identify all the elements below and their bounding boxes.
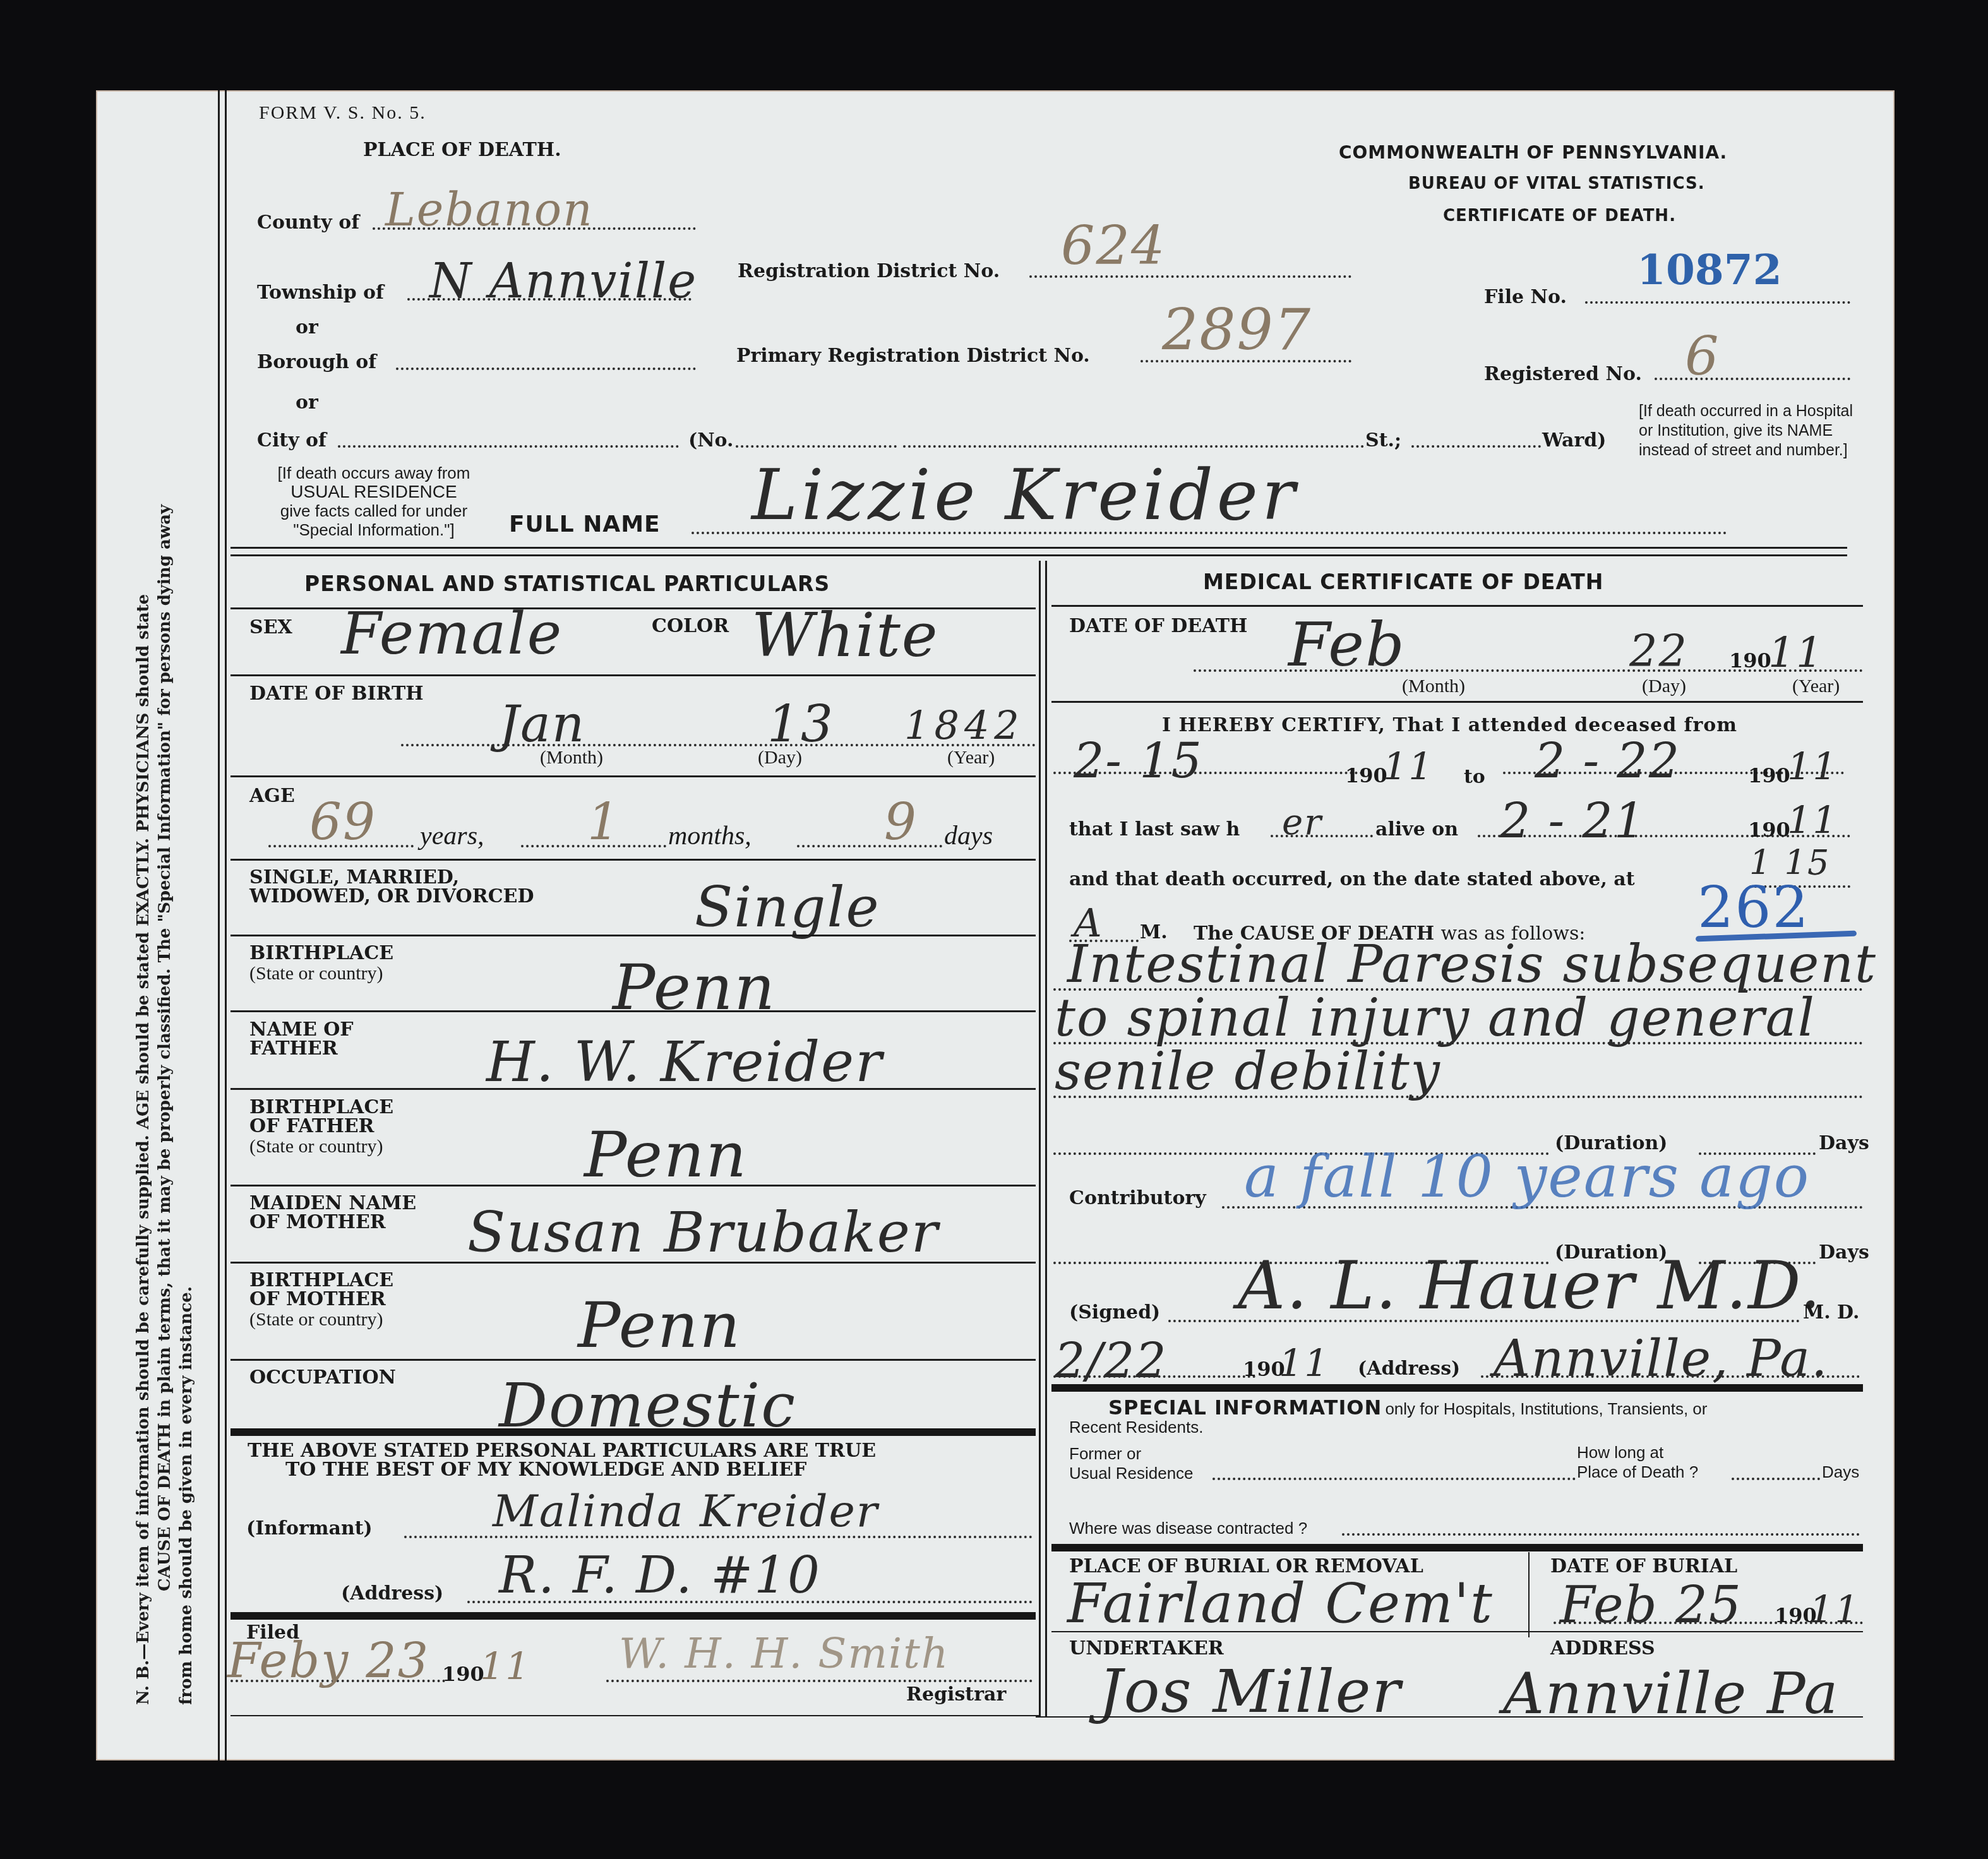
place-of-death-heading: PLACE OF DEATH. <box>363 140 561 160</box>
months-label: months, <box>668 821 751 851</box>
filed-year-prefix: 190 <box>442 1664 484 1684</box>
rule <box>231 1185 1036 1187</box>
last-saw-date-field[interactable]: 2 - 21 <box>1500 792 1646 849</box>
rule <box>231 674 1036 676</box>
age-months-field[interactable]: 1 <box>587 792 621 851</box>
city-field[interactable] <box>338 445 679 448</box>
attended-to-field[interactable]: 2 - 22 <box>1535 732 1680 789</box>
mother-name-field[interactable]: Susan Brubaker <box>467 1200 939 1265</box>
cause-of-death-line-3[interactable]: senile debility <box>1055 1042 1441 1102</box>
margin-instructions: N. B.—Every item of information should b… <box>133 126 197 1705</box>
father-birthplace-sublabel: (State or country) <box>249 1137 383 1157</box>
to-label: to <box>1464 767 1485 787</box>
mother-birthplace-sublabel: (State or country) <box>249 1310 383 1330</box>
usual-residence-note: [If death occurs away from USUAL RESIDEN… <box>254 463 494 539</box>
signed-year-suffix[interactable]: 11 <box>1279 1342 1329 1386</box>
father-name-field[interactable]: H. W. Kreider <box>486 1029 883 1094</box>
borough-label: Borough of <box>257 352 376 373</box>
registered-no-field[interactable]: 6 <box>1685 325 1720 387</box>
ward-label: Ward) <box>1542 431 1607 451</box>
full-name-label: FULL NAME <box>509 511 661 537</box>
special-information-heading: SPECIAL INFORMATION only for Hospitals, … <box>1108 1396 1708 1420</box>
hospital-instruction-note: [If death occurred in a Hospital or Inst… <box>1639 402 1853 460</box>
registered-no-label: Registered No. <box>1484 364 1642 385</box>
last-saw-year-suffix[interactable]: 11 <box>1787 799 1838 843</box>
contributory-label: Contributory <box>1069 1188 1206 1209</box>
year-caption: (Year) <box>947 747 995 768</box>
father-name-label-2: FATHER <box>249 1039 338 1059</box>
age-years-field[interactable]: 69 <box>309 792 376 851</box>
registrar-signature[interactable]: W. H. H. Smith <box>619 1629 949 1678</box>
thick-rule <box>231 1612 1036 1620</box>
sex-field[interactable]: Female <box>341 600 563 667</box>
marital-status-field[interactable]: Single <box>695 875 880 940</box>
cause-of-death-line-1[interactable]: Intestinal Paresis subsequent <box>1067 935 1877 995</box>
undertaker-label: UNDERTAKER <box>1069 1639 1224 1659</box>
physician-signature[interactable]: A. L. Hauer M.D. <box>1238 1247 1822 1324</box>
city-label: City of <box>257 431 326 451</box>
rule <box>231 859 1036 861</box>
day-caption: (Day) <box>758 747 802 768</box>
usual-residence-note-2: USUAL RESIDENCE <box>254 482 494 501</box>
rule <box>1051 605 1863 607</box>
margin-rule-inner <box>225 90 227 1760</box>
birthplace-field[interactable]: Penn <box>613 950 776 1024</box>
township-label: Township of <box>257 283 384 303</box>
registered-no-line <box>1655 378 1850 380</box>
dob-month-field[interactable]: Jan <box>499 695 585 753</box>
sex-label: SEX <box>249 618 292 638</box>
former-residence-label-2: Usual Residence <box>1069 1464 1194 1483</box>
color-field[interactable]: White <box>751 600 939 671</box>
mother-name-label-2: OF MOTHER <box>249 1212 386 1233</box>
rule <box>231 1715 1039 1716</box>
ward-field[interactable] <box>1411 445 1541 448</box>
how-long-field[interactable] <box>1732 1478 1820 1480</box>
registration-district-label: Registration District No. <box>738 261 1000 282</box>
file-no-stamp: 10872 <box>1637 245 1782 294</box>
burial-place-field[interactable]: Fairland Cem't <box>1067 1572 1494 1635</box>
rule <box>231 1359 1036 1361</box>
thick-rule <box>231 1428 1036 1436</box>
year-caption: (Year) <box>1792 676 1840 697</box>
informant-address-field[interactable]: R. F. D. #10 <box>499 1546 821 1605</box>
thick-rule <box>1051 1384 1863 1392</box>
street-label: St.; <box>1365 431 1401 451</box>
dob-year-field[interactable]: 1842 <box>904 702 1024 748</box>
full-name-field[interactable]: Lizzie Kreider <box>751 455 1299 535</box>
md-label: M. D. <box>1803 1303 1860 1323</box>
burial-year-suffix[interactable]: 11 <box>1809 1588 1860 1632</box>
informant-label: (Informant) <box>246 1519 373 1539</box>
usual-residence-note-1: [If death occurs away from <box>254 463 494 482</box>
how-long-label-2: Place of Death ? <box>1577 1462 1698 1482</box>
month-caption: (Month) <box>1402 676 1465 697</box>
rule <box>231 935 1036 936</box>
where-contracted-field[interactable] <box>1342 1533 1860 1536</box>
or-label-1: or <box>296 318 318 338</box>
burial-date-field[interactable]: Feb 25 <box>1560 1575 1742 1634</box>
form-number: FORM V. S. No. 5. <box>259 102 426 124</box>
margin-note-line-3: from home should be given in every insta… <box>176 126 197 1705</box>
usual-residence-note-3: give facts called for under <box>254 501 494 520</box>
days-label-1: Days <box>1819 1133 1869 1154</box>
medical-certificate-heading: MEDICAL CERTIFICATE OF DEATH <box>1203 570 1604 594</box>
rule <box>231 1010 1036 1012</box>
registrar-signature-line <box>606 1680 1033 1682</box>
birthplace-label: BIRTHPLACE <box>249 943 393 964</box>
file-no-line <box>1585 301 1850 304</box>
death-year-prefix: 190 <box>1729 650 1771 671</box>
former-residence-label-1: Former or <box>1069 1444 1141 1464</box>
section-rule-top-1 <box>231 547 1847 549</box>
rule <box>1051 1631 1863 1632</box>
where-contracted-label: Where was disease contracted ? <box>1069 1519 1307 1538</box>
informant-field[interactable]: Malinda Kreider <box>493 1485 878 1537</box>
county-field[interactable]: Lebanon <box>385 183 594 236</box>
last-saw-year-prefix: 190 <box>1748 820 1790 840</box>
death-month-field[interactable]: Feb <box>1288 609 1406 680</box>
death-certificate-paper <box>96 90 1895 1760</box>
last-saw-pronoun-field[interactable]: er <box>1282 802 1322 843</box>
father-birthplace-field[interactable]: Penn <box>584 1118 748 1192</box>
dob-label: DATE OF BIRTH <box>249 684 424 704</box>
mother-birthplace-label-2: OF MOTHER <box>249 1289 386 1310</box>
day-caption: (Day) <box>1642 676 1686 697</box>
age-days-field[interactable]: 9 <box>884 792 918 851</box>
undertaker-address-label: ADDRESS <box>1550 1639 1655 1659</box>
informant-address-label: (Address) <box>341 1584 443 1604</box>
father-birthplace-label-2: OF FATHER <box>249 1116 374 1137</box>
or-label-2: or <box>296 393 318 413</box>
usual-residence-note-4: "Special Information."] <box>254 520 494 539</box>
last-saw-label: that I last saw h <box>1069 820 1240 840</box>
file-no-label: File No. <box>1484 287 1567 308</box>
days-label: days <box>944 821 993 851</box>
rule <box>231 1088 1036 1090</box>
street-no-label: (No. <box>688 431 734 451</box>
how-long-label-1: How long at <box>1577 1443 1663 1462</box>
margin-rule-outer <box>218 90 220 1760</box>
special-info-scope: only for Hospitals, Institutions, Transi… <box>1385 1399 1707 1418</box>
township-field[interactable]: N Annville <box>429 253 697 309</box>
birthplace-sublabel: (State or country) <box>249 964 383 984</box>
margin-note-line-2: CAUSE OF DEATH in plain terms, that it m… <box>154 126 176 1705</box>
signed-date-field[interactable]: 2/22 <box>1055 1332 1168 1389</box>
days-label-2: Days <box>1819 1243 1869 1263</box>
signed-label: (Signed) <box>1069 1303 1160 1323</box>
attestation-line-2: TO THE BEST OF MY KNOWLEDGE AND BELIEF <box>285 1460 806 1480</box>
rule <box>231 775 1036 777</box>
contributory-field[interactable]: a fall 10 years ago <box>1244 1143 1810 1210</box>
column-divider-1 <box>1039 561 1041 1716</box>
registration-district-field[interactable]: 624 <box>1061 215 1166 277</box>
county-label: County of <box>257 213 359 233</box>
attended-from-field[interactable]: 2- 15 <box>1074 732 1203 789</box>
physician-address-field[interactable]: Annville, Pa. <box>1494 1329 1828 1388</box>
burial-divider <box>1528 1552 1530 1637</box>
column-divider-2 <box>1045 561 1047 1716</box>
personal-particulars-heading: PERSONAL AND STATISTICAL PARTICULARS <box>304 571 830 596</box>
special-info-scope-2: Recent Residents. <box>1069 1418 1203 1437</box>
age-label: AGE <box>249 786 295 806</box>
color-label: COLOR <box>652 616 729 637</box>
thick-rule <box>1051 1544 1863 1551</box>
special-info-title: SPECIAL INFORMATION <box>1108 1396 1382 1420</box>
death-year-suffix[interactable]: 11 <box>1768 628 1824 677</box>
attended-to-year-prefix: 190 <box>1748 765 1790 786</box>
death-day-field[interactable]: 22 <box>1629 625 1688 677</box>
occupation-label: OCCUPATION <box>249 1368 396 1388</box>
burial-date-label: DATE OF BURIAL <box>1550 1557 1737 1577</box>
dob-day-field[interactable]: 13 <box>767 695 834 753</box>
physician-address-label: (Address) <box>1358 1359 1460 1379</box>
attended-to-year-suffix[interactable]: 11 <box>1787 745 1838 789</box>
registrar-label: Registrar <box>906 1685 1006 1705</box>
date-of-death-label: DATE OF DEATH <box>1069 616 1247 637</box>
cause-of-death-line-2[interactable]: to spinal injury and general <box>1055 988 1816 1048</box>
header-certificate-of-death: CERTIFICATE OF DEATH. <box>1443 206 1676 225</box>
primary-district-field[interactable]: 2897 <box>1162 297 1312 363</box>
borough-field[interactable] <box>396 368 696 370</box>
street-name-field[interactable] <box>903 445 1364 448</box>
former-residence-field[interactable] <box>1213 1478 1576 1480</box>
month-caption: (Month) <box>540 747 603 768</box>
alive-on-label: alive on <box>1375 820 1458 840</box>
attended-from-year-suffix[interactable]: 11 <box>1383 745 1434 789</box>
death-time-label: and that death occurred, on the date sta… <box>1069 870 1635 890</box>
filed-year-suffix[interactable]: 11 <box>480 1645 530 1689</box>
filed-date-field[interactable]: Feby 23 <box>227 1632 429 1689</box>
mother-birthplace-field[interactable]: Penn <box>578 1288 741 1362</box>
years-label: years, <box>420 821 484 851</box>
cause-code-annotation: 262 <box>1698 875 1810 941</box>
how-long-days-label: Days <box>1822 1462 1859 1482</box>
margin-note-line-1: N. B.—Every item of information should b… <box>133 126 154 1705</box>
header-bureau: BUREAU OF VITAL STATISTICS. <box>1408 174 1705 193</box>
section-rule-top-2 <box>231 554 1847 556</box>
rule <box>231 1262 1036 1264</box>
header-commonwealth: COMMONWEALTH OF PENNSYLVANIA. <box>1339 142 1727 163</box>
rule <box>1036 1716 1863 1718</box>
street-no-field[interactable] <box>736 445 897 448</box>
marital-label-2: WIDOWED, OR DIVORCED <box>249 887 534 907</box>
rule <box>1051 701 1863 703</box>
primary-district-label: Primary Registration District No. <box>736 346 1090 366</box>
age-days-line <box>797 845 942 847</box>
attended-from-year-prefix: 190 <box>1345 765 1387 786</box>
